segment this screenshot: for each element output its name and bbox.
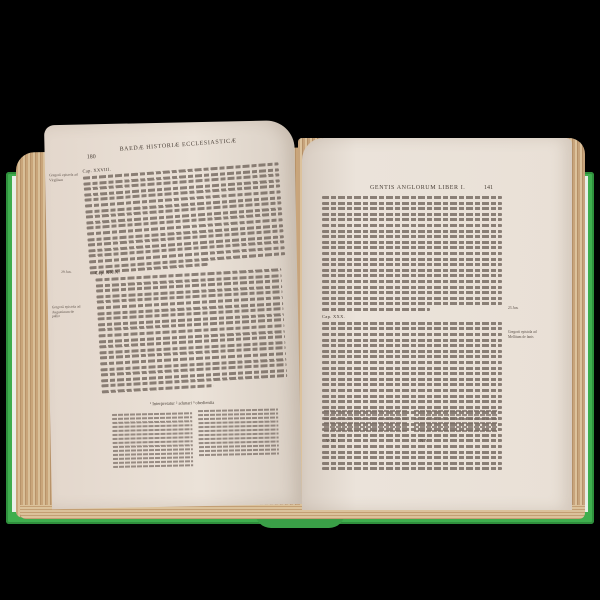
chapter-heading: Cap. XXX. [322, 314, 502, 319]
right-page: GENTIS ANGLORUM LIBER I. 141 23 Jun. Gre… [302, 138, 572, 510]
margin-note: Gregorii epistola ad Virgilium [49, 173, 79, 183]
left-page-number: 180 [87, 154, 96, 160]
left-footnotes-col1 [112, 412, 193, 470]
left-footnotes-col2 [198, 408, 279, 458]
right-page-number: 141 [484, 185, 493, 191]
signature-mark: N N [420, 438, 428, 443]
volume-label: VOL. I. [326, 438, 340, 443]
right-footnotes-col2 [414, 410, 498, 434]
left-running-header: BAEDÆ HISTORIÆ ECCLESIASTICÆ [119, 138, 236, 153]
left-text-block-2: Cap. XXIX. [95, 257, 288, 396]
right-running-header: GENTIS ANGLORUM LIBER I. [370, 185, 465, 191]
margin-note: 29 Jun. [61, 269, 91, 274]
photo-scene: 180 BAEDÆ HISTORIÆ ECCLESIASTICÆ Gregori… [0, 0, 600, 600]
left-page: 180 BAEDÆ HISTORIÆ ECCLESIASTICÆ Gregori… [44, 120, 302, 509]
margin-note: Gregorii epistola ad Augustinum de palli… [52, 305, 82, 319]
margin-note: Gregorii epistola ad Mellitum de fanis [508, 330, 538, 339]
margin-note: 23 Jun. [508, 306, 538, 311]
right-footnotes-col1 [324, 410, 408, 434]
left-footnote-refs: ¹ Interpretatur ² adunari ³ obedientia [150, 400, 214, 406]
